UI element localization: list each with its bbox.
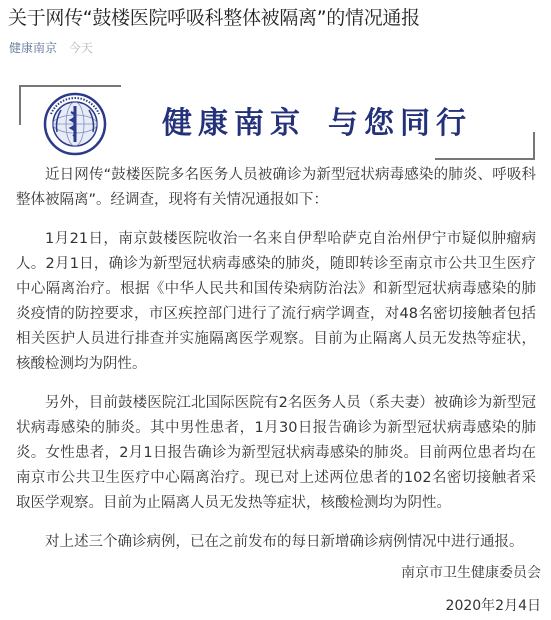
article-body: 近日网传“鼓楼医院多名医务人员被确诊为新型冠状病毒感染的肺炎、呼吸科整体被隔离”… — [16, 163, 536, 569]
banner-frame-line — [435, 158, 535, 160]
slogan-right: 与您同行 — [328, 106, 472, 141]
banner-slogan: 健康南京与您同行 — [162, 104, 472, 144]
banner-frame-line — [533, 132, 535, 160]
article-title: 关于网传“鼓楼医院呼吸科整体被隔离”的情况通报 — [8, 6, 420, 30]
health-emblem-icon — [43, 92, 107, 156]
slogan-left: 健康南京 — [162, 106, 306, 141]
signature-date: 2020年2月4日 — [446, 595, 541, 615]
account-name-link[interactable]: 健康南京 — [9, 41, 57, 55]
paragraph-intro: 近日网传“鼓楼医院多名医务人员被确诊为新型冠状病毒感染的肺炎、呼吸科整体被隔离”… — [16, 163, 536, 213]
paragraph-case-2: 另外，目前鼓楼医院江北国际医院有2名医务人员（系夫妻）被确诊为新型冠状病毒感染的… — [16, 391, 536, 516]
publish-time: 今天 — [69, 41, 93, 55]
header-banner-image: 健康南京与您同行 — [15, 82, 515, 168]
banner-frame-line — [19, 85, 21, 125]
paragraph-conclusion: 对上述三个确诊病例，已在之前发布的每日新增确诊病例情况中进行通报。 — [16, 530, 536, 555]
article-meta: 健康南京 今天 — [9, 40, 93, 56]
signature-organization: 南京市卫生健康委员会 — [401, 562, 541, 582]
banner-frame-line — [19, 85, 121, 87]
paragraph-case-1: 1月21日，南京鼓楼医院收治一名来自伊犁哈萨克自治州伊宁市疑似肿瘤病人。2月1日… — [16, 227, 536, 377]
